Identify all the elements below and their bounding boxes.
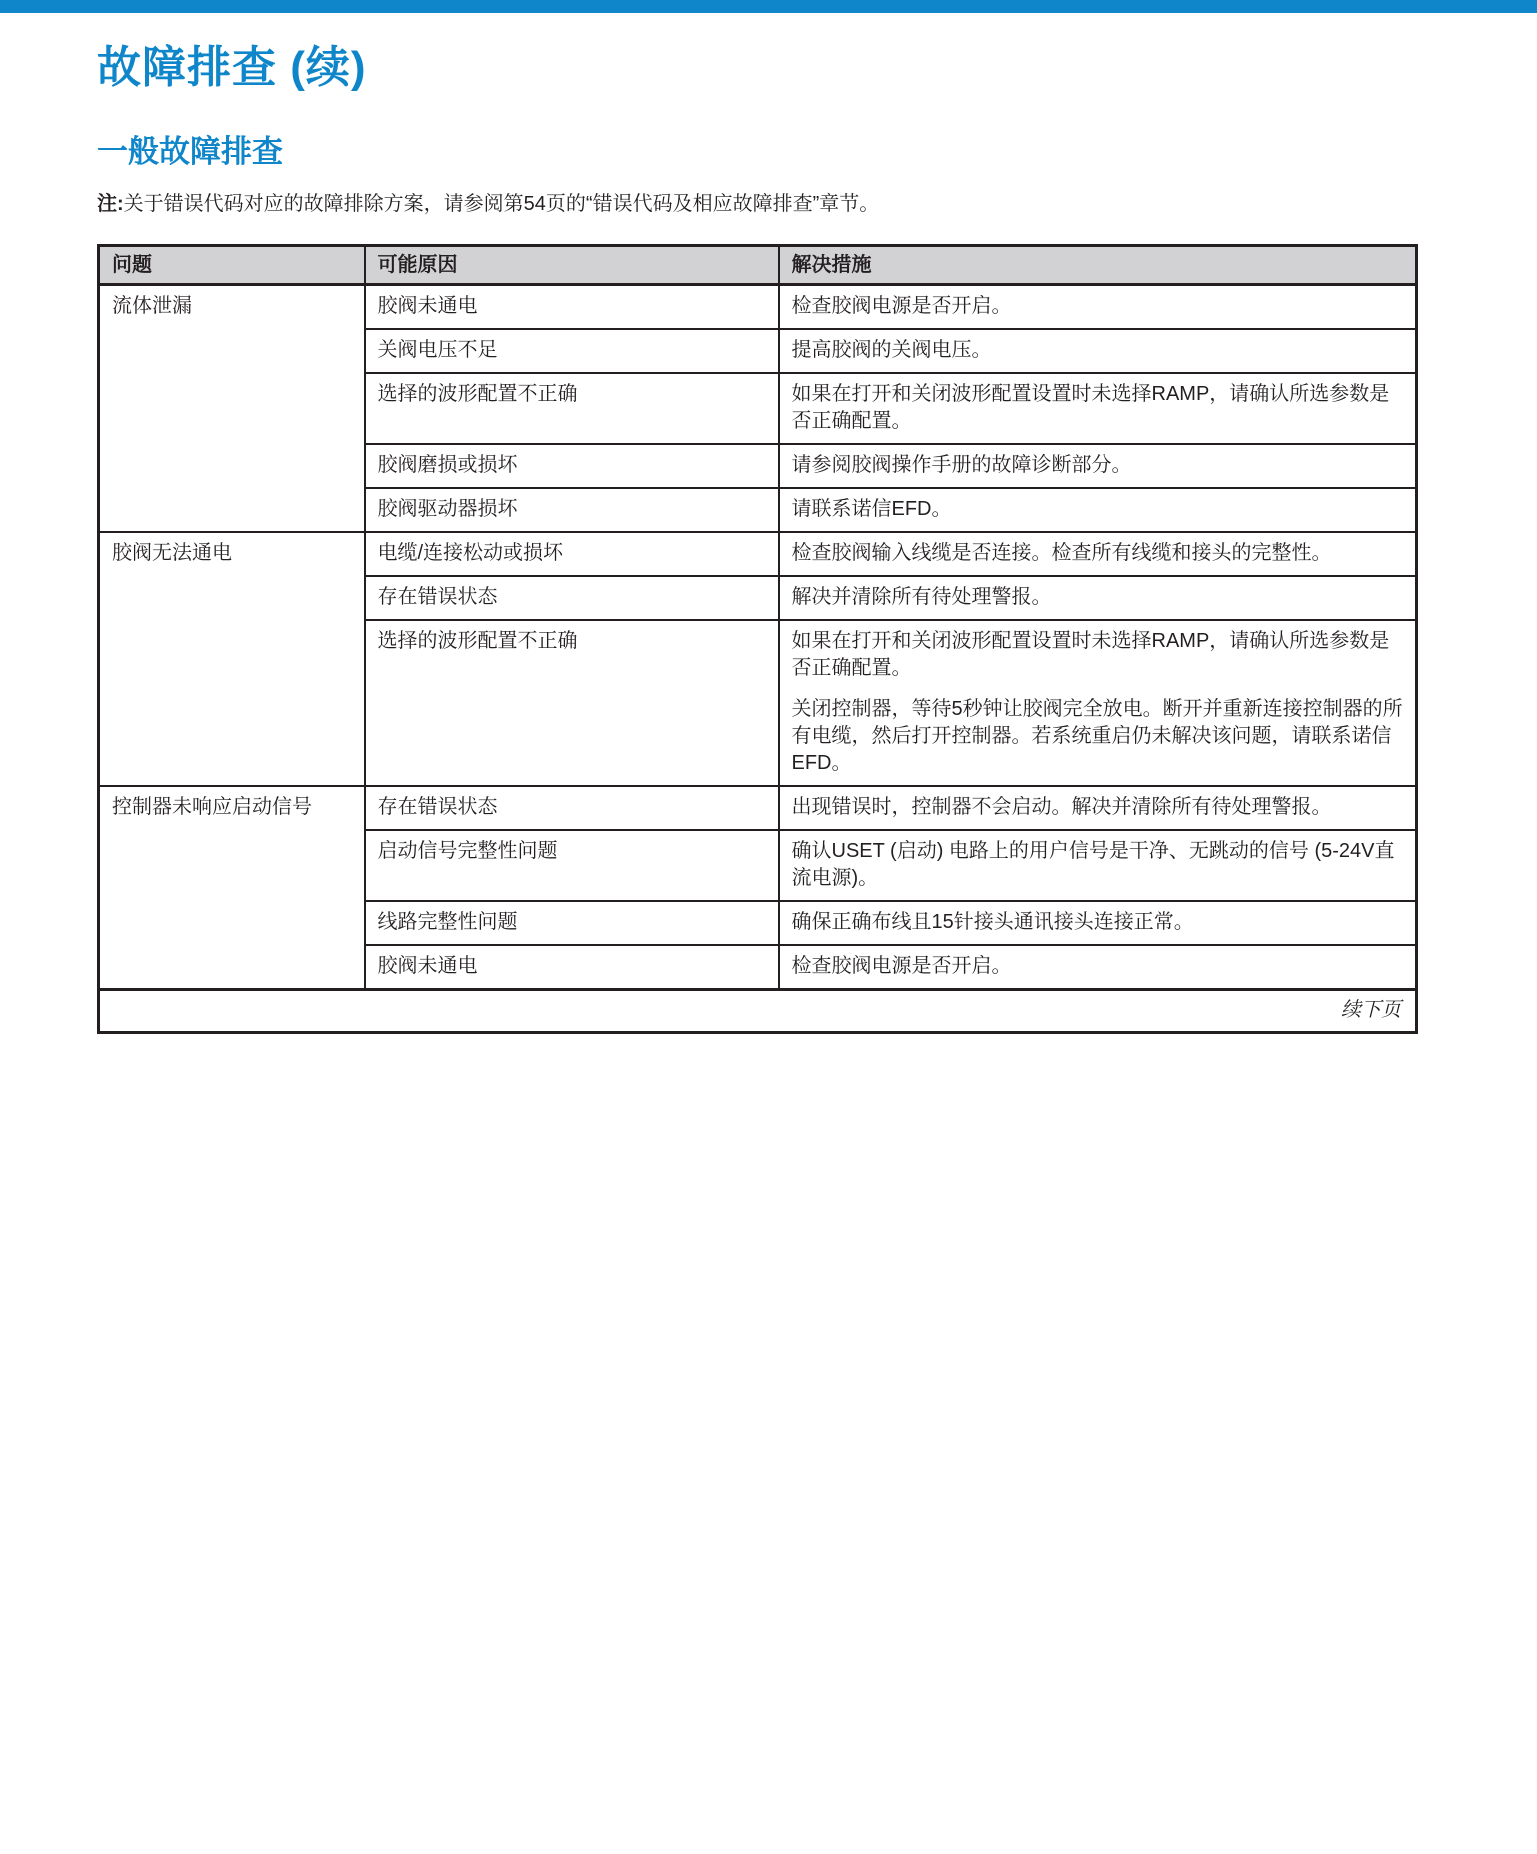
table-header-row: 问题 可能原因 解决措施 [99, 246, 1417, 285]
troubleshooting-table: 问题 可能原因 解决措施 流体泄漏 胶阀未通电 检查胶阀电源是否开启。 关阀电压… [97, 244, 1418, 1034]
solution-cell: 请联系诺信EFD。 [779, 488, 1417, 532]
col-header-problem: 问题 [99, 246, 365, 285]
note-prefix: 注: [97, 193, 124, 215]
cause-cell: 选择的波形配置不正确 [365, 620, 779, 786]
solution-cell: 出现错误时，控制器不会启动。解决并清除所有待处理警报。 [779, 786, 1417, 830]
col-header-solution: 解决措施 [779, 246, 1417, 285]
solution-cell: 提高胶阀的关阀电压。 [779, 329, 1417, 373]
page-content: 故障排查 (续) 一般故障排查 注:关于错误代码对应的故障排除方案，请参阅第54… [0, 43, 1537, 1034]
cause-cell: 存在错误状态 [365, 786, 779, 830]
table-row: 控制器未响应启动信号 存在错误状态 出现错误时，控制器不会启动。解决并清除所有待… [99, 786, 1417, 830]
note-text: 关于错误代码对应的故障排除方案，请参阅第54页的“错误代码及相应故障排查”章节。 [124, 193, 880, 215]
solution-cell: 检查胶阀输入线缆是否连接。检查所有线缆和接头的完整性。 [779, 532, 1417, 576]
note: 注:关于错误代码对应的故障排除方案，请参阅第54页的“错误代码及相应故障排查”章… [97, 191, 1415, 218]
solution-cell: 解决并清除所有待处理警报。 [779, 576, 1417, 620]
section-title: 一般故障排查 [97, 134, 1415, 170]
cause-cell: 选择的波形配置不正确 [365, 373, 779, 444]
solution-cell: 检查胶阀电源是否开启。 [779, 285, 1417, 330]
cause-cell: 胶阀驱动器损坏 [365, 488, 779, 532]
cause-cell: 胶阀磨损或损坏 [365, 444, 779, 488]
cause-cell: 线路完整性问题 [365, 901, 779, 945]
cause-cell: 关阀电压不足 [365, 329, 779, 373]
continued-footer: 续下页 [99, 990, 1417, 1033]
solution-cell: 请参阅胶阀操作手册的故障诊断部分。 [779, 444, 1417, 488]
solution-cell: 确认USET (启动) 电路上的用户信号是干净、无跳动的信号 (5-24V直流电… [779, 830, 1417, 901]
cause-cell: 胶阀未通电 [365, 285, 779, 330]
table-row: 流体泄漏 胶阀未通电 检查胶阀电源是否开启。 [99, 285, 1417, 330]
solution-cell: 确保正确布线且15针接头通讯接头连接正常。 [779, 901, 1417, 945]
cause-cell: 胶阀未通电 [365, 945, 779, 990]
problem-cell: 胶阀无法通电 [99, 532, 365, 786]
solution-cell: 如果在打开和关闭波形配置设置时未选择RAMP，请确认所选参数是否正确配置。 [779, 373, 1417, 444]
cause-cell: 电缆/连接松动或损坏 [365, 532, 779, 576]
table-footer-row: 续下页 [99, 990, 1417, 1033]
problem-cell: 控制器未响应启动信号 [99, 786, 365, 990]
cause-cell: 存在错误状态 [365, 576, 779, 620]
solution-cell: 检查胶阀电源是否开启。 [779, 945, 1417, 990]
solution-cell: 如果在打开和关闭波形配置设置时未选择RAMP，请确认所选参数是否正确配置。 关闭… [779, 620, 1417, 786]
cause-cell: 启动信号完整性问题 [365, 830, 779, 901]
col-header-cause: 可能原因 [365, 246, 779, 285]
table-row: 胶阀无法通电 电缆/连接松动或损坏 检查胶阀输入线缆是否连接。检查所有线缆和接头… [99, 532, 1417, 576]
problem-cell: 流体泄漏 [99, 285, 365, 533]
page-title: 故障排查 (续) [97, 43, 1415, 94]
top-accent-bar [0, 0, 1537, 13]
